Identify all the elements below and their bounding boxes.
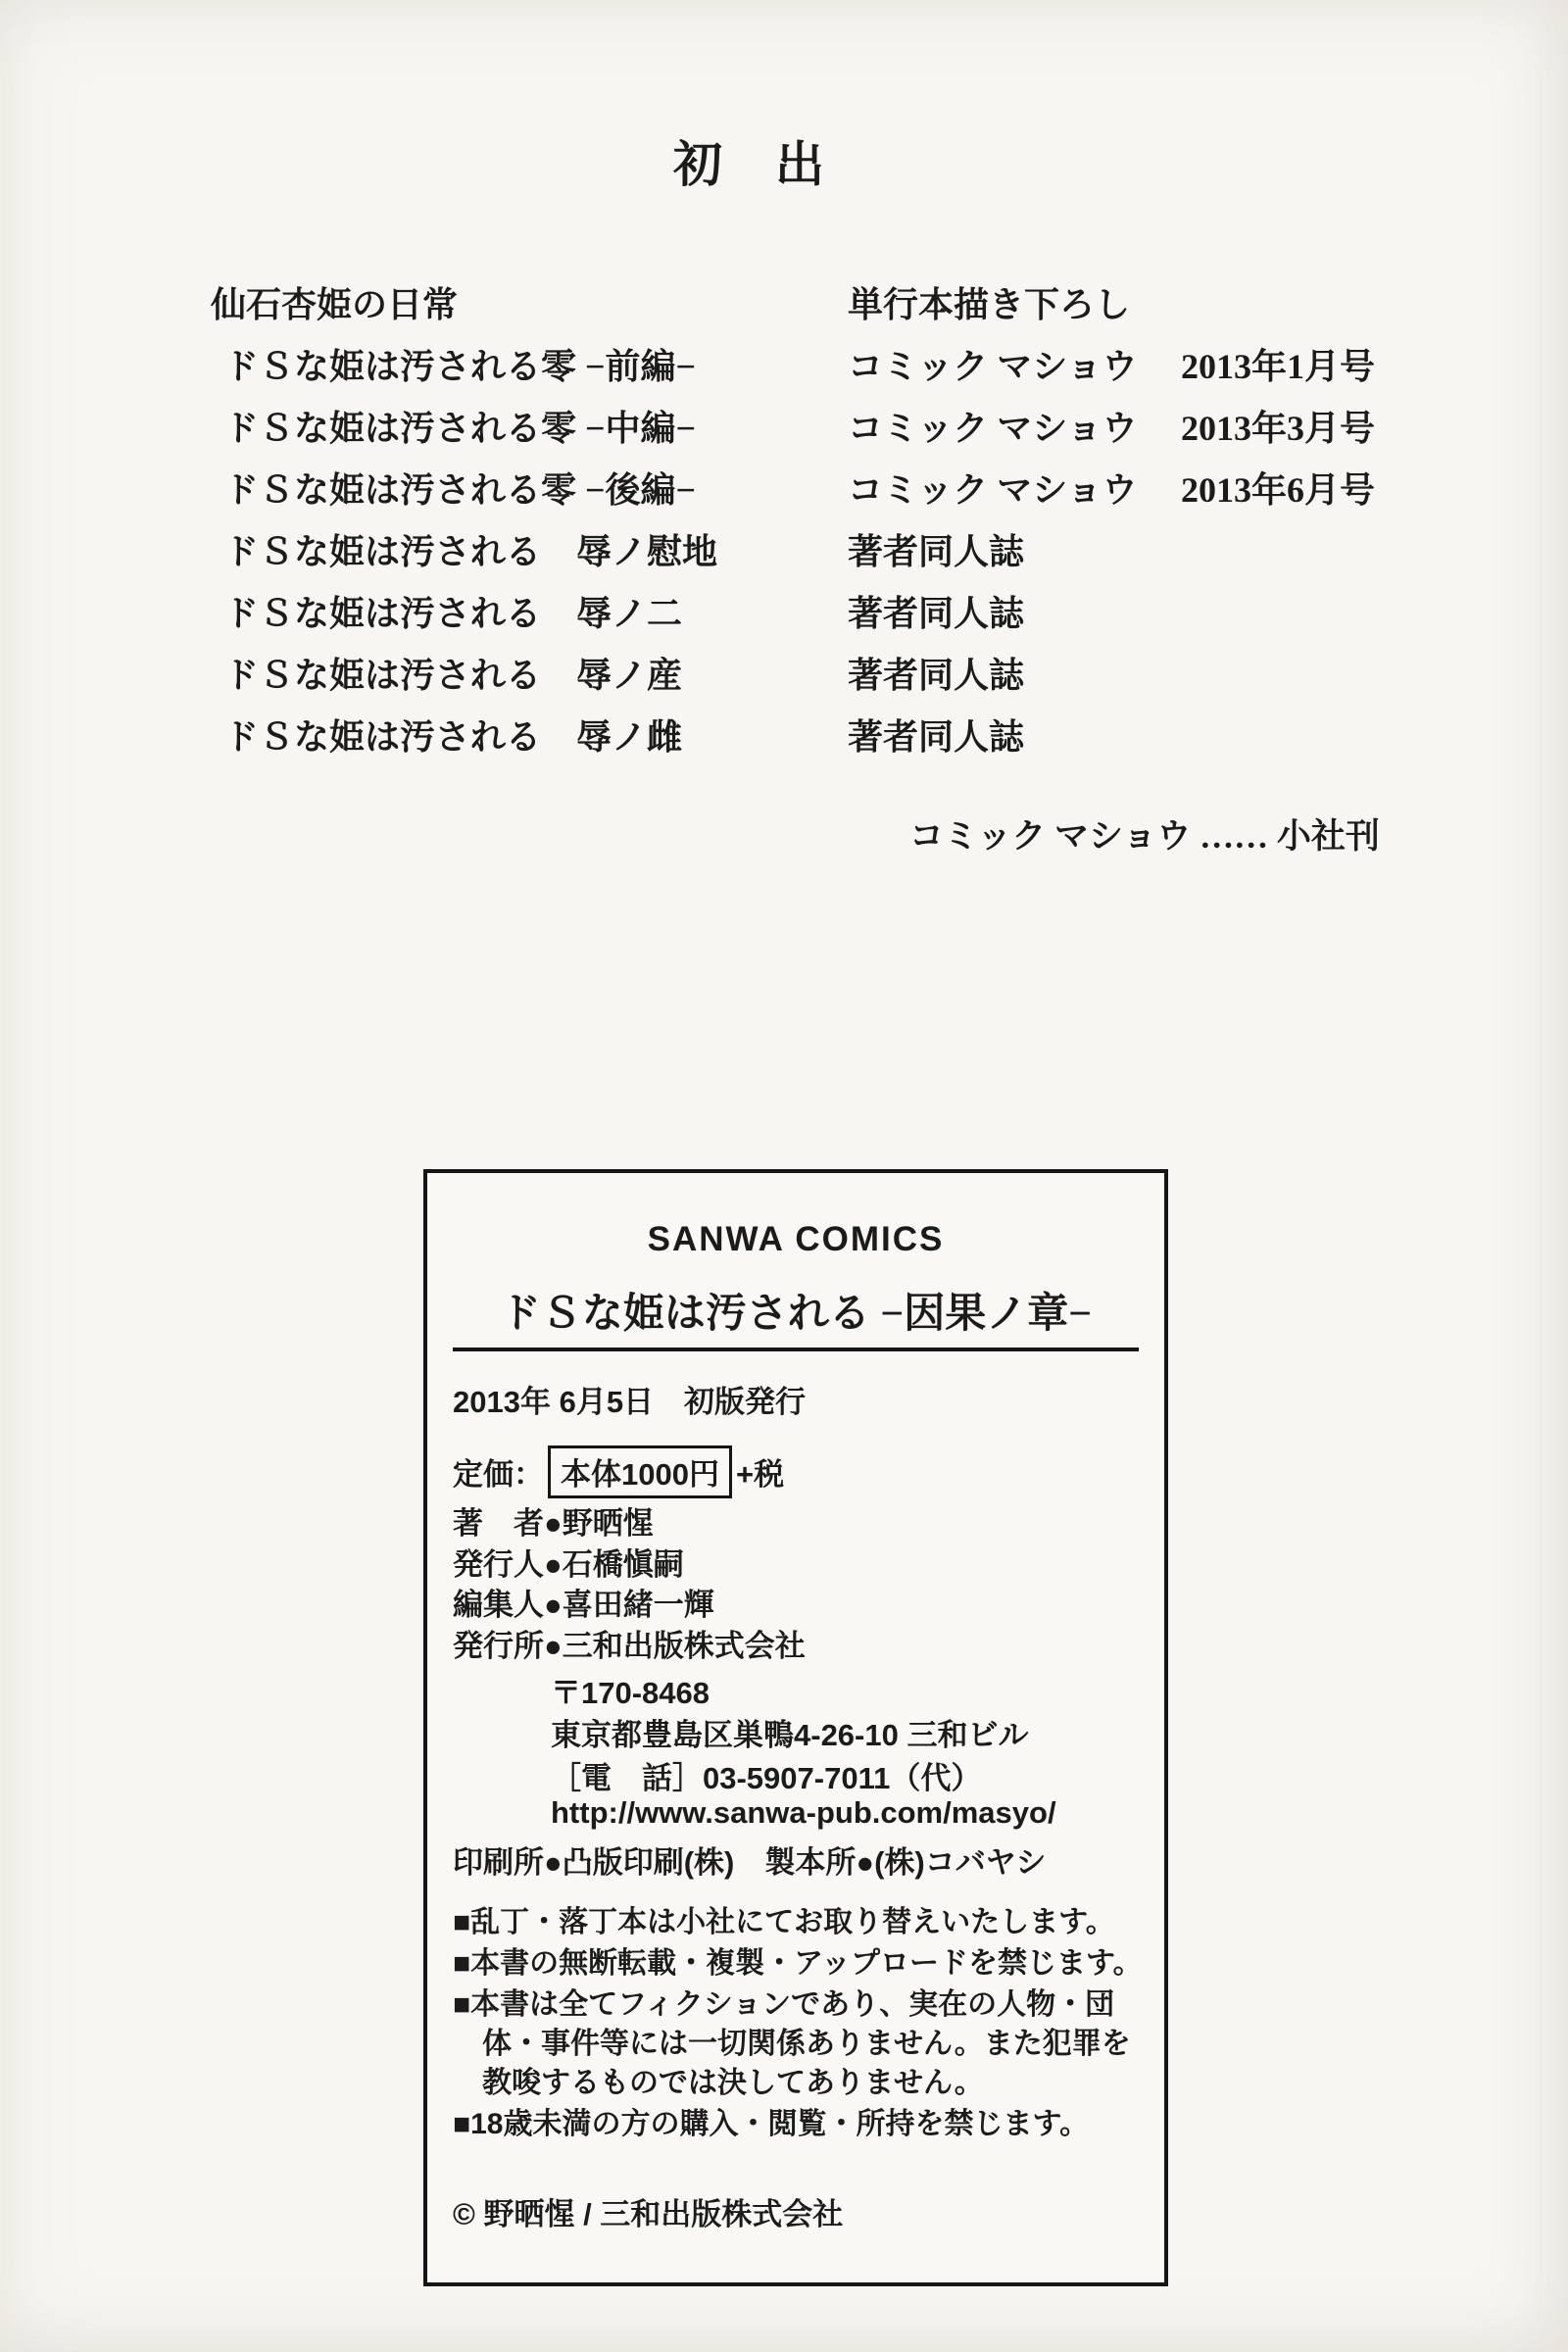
edition-date: 2013年 6月5日 初版発行 <box>453 1377 806 1421</box>
publication-row: ドＳな姫は汚される零 −中編− コミック マショウ 2013年3月号 <box>0 401 1568 448</box>
publication-row: ドＳな姫は汚される 辱ノ二 著者同人誌 <box>0 586 1568 633</box>
street-address: 東京都豊島区巣鴨4-26-10 三和ビル <box>551 1710 1028 1754</box>
price-tax-suffix: +税 <box>736 1457 784 1492</box>
magazine-publisher-note: コミック マショウ …… 小社刊 <box>909 809 1380 858</box>
notice-fiction-disclaimer: ■本書は全てフィクションであり、実在の人物・団体・事件等には一切関係ありません。… <box>453 1985 1145 2103</box>
credit-publishing-house: 発行所●三和出版株式会社 <box>453 1621 806 1665</box>
publication-row: ドＳな姫は汚される零 −前編− コミック マショウ 2013年1月号 <box>0 339 1568 386</box>
publication-title: ドＳな姫は汚される零 −前編− <box>223 339 696 389</box>
publication-title: ドＳな姫は汚される 辱ノ雌 <box>223 710 682 759</box>
publication-row: ドＳな姫は汚される 辱ノ慰地 著者同人誌 <box>0 524 1568 571</box>
credit-label: 編集人 <box>453 1588 544 1622</box>
scan-page: 初 出 仙石杏姫の日常 単行本描き下ろし ドＳな姫は汚される零 −前編− コミッ… <box>0 0 1568 2352</box>
imprint-brand: SANWA COMICS <box>427 1220 1164 1259</box>
notice-age-restriction: ■18歳未満の方の購入・閲覧・所持を禁じます。 <box>453 2105 1145 2144</box>
price-line: 定価：本体1000円+税 <box>453 1445 784 1498</box>
page-title: 初 出 <box>0 125 1499 196</box>
legal-notices: ■乱丁・落丁本は小社にてお取り替えいたします。 ■本書の無断転載・複製・アップロ… <box>453 1903 1145 2146</box>
phone-number: ［電 話］03-5907-7011（代） <box>551 1753 981 1797</box>
credit-value: 石橋愼嗣 <box>563 1547 684 1582</box>
credit-label: 著 者 <box>453 1506 544 1541</box>
credit-editor: 編集人●喜田緒一輝 <box>453 1580 714 1624</box>
publication-date: 2013年1月号 <box>1181 339 1375 389</box>
credit-label: 発行人 <box>453 1547 544 1582</box>
publication-title: ドＳな姫は汚される 辱ノ産 <box>223 648 682 698</box>
publication-title: ドＳな姫は汚される零 −中編− <box>223 401 696 451</box>
publication-title: ドＳな姫は汚される 辱ノ慰地 <box>223 524 717 574</box>
publication-row: 仙石杏姫の日常 単行本描き下ろし <box>0 277 1568 324</box>
publication-source: 著者同人誌 <box>848 586 1024 636</box>
publication-date: 2013年6月号 <box>1181 463 1375 513</box>
bullet-icon: ● <box>544 1629 563 1663</box>
publication-source: 著者同人誌 <box>848 524 1024 574</box>
publication-row: ドＳな姫は汚される零 −後編− コミック マショウ 2013年6月号 <box>0 463 1568 510</box>
publication-title: ドＳな姫は汚される零 −後編− <box>223 463 696 513</box>
publication-row: ドＳな姫は汚される 辱ノ雌 著者同人誌 <box>0 710 1568 757</box>
postal-code: 〒170-8468 <box>551 1668 710 1712</box>
publication-source: コミック マショウ <box>848 401 1138 451</box>
publication-title: ドＳな姫は汚される 辱ノ二 <box>223 586 682 636</box>
publication-date: 2013年3月号 <box>1181 401 1375 451</box>
credit-value: 三和出版株式会社 <box>563 1629 806 1663</box>
publisher-url: http://www.sanwa-pub.com/masyo/ <box>551 1795 1056 1831</box>
colophon-box: SANWA COMICS ドＳな姫は汚される −因果ノ章− 2013年 6月5日… <box>423 1169 1168 2286</box>
notice-no-reproduction: ■本書の無断転載・複製・アップロードを禁じます。 <box>453 1944 1145 1984</box>
book-title: ドＳな姫は汚される −因果ノ章− <box>427 1281 1164 1340</box>
credit-author: 著 者●野晒惺 <box>453 1498 654 1543</box>
credit-label: 発行所 <box>453 1629 544 1663</box>
publication-source: 著者同人誌 <box>848 648 1024 698</box>
printer-binder-line: 印刷所●凸版印刷(株) 製本所●(株)コバヤシ <box>453 1837 1046 1882</box>
credit-value: 喜田緒一輝 <box>563 1588 714 1622</box>
price-boxed-value: 本体1000円 <box>548 1445 732 1498</box>
bullet-icon: ● <box>544 1506 563 1541</box>
copyright-line: © 野晒惺 / 三和出版株式会社 <box>453 2189 843 2233</box>
price-label: 定価： <box>453 1457 544 1492</box>
credit-publisher-person: 発行人●石橋愼嗣 <box>453 1540 684 1584</box>
publication-source: 単行本描き下ろし <box>848 277 1130 327</box>
publication-source: 著者同人誌 <box>848 710 1024 759</box>
bullet-icon: ● <box>544 1588 563 1622</box>
bullet-icon: ● <box>544 1547 563 1582</box>
notice-defective-copies: ■乱丁・落丁本は小社にてお取り替えいたします。 <box>453 1903 1145 1942</box>
publication-source: コミック マショウ <box>848 339 1138 389</box>
publication-row: ドＳな姫は汚される 辱ノ産 著者同人誌 <box>0 648 1568 695</box>
divider <box>453 1347 1139 1351</box>
publication-title: 仙石杏姫の日常 <box>211 277 458 327</box>
credit-value: 野晒惺 <box>563 1506 654 1541</box>
publication-source: コミック マショウ <box>848 463 1138 513</box>
